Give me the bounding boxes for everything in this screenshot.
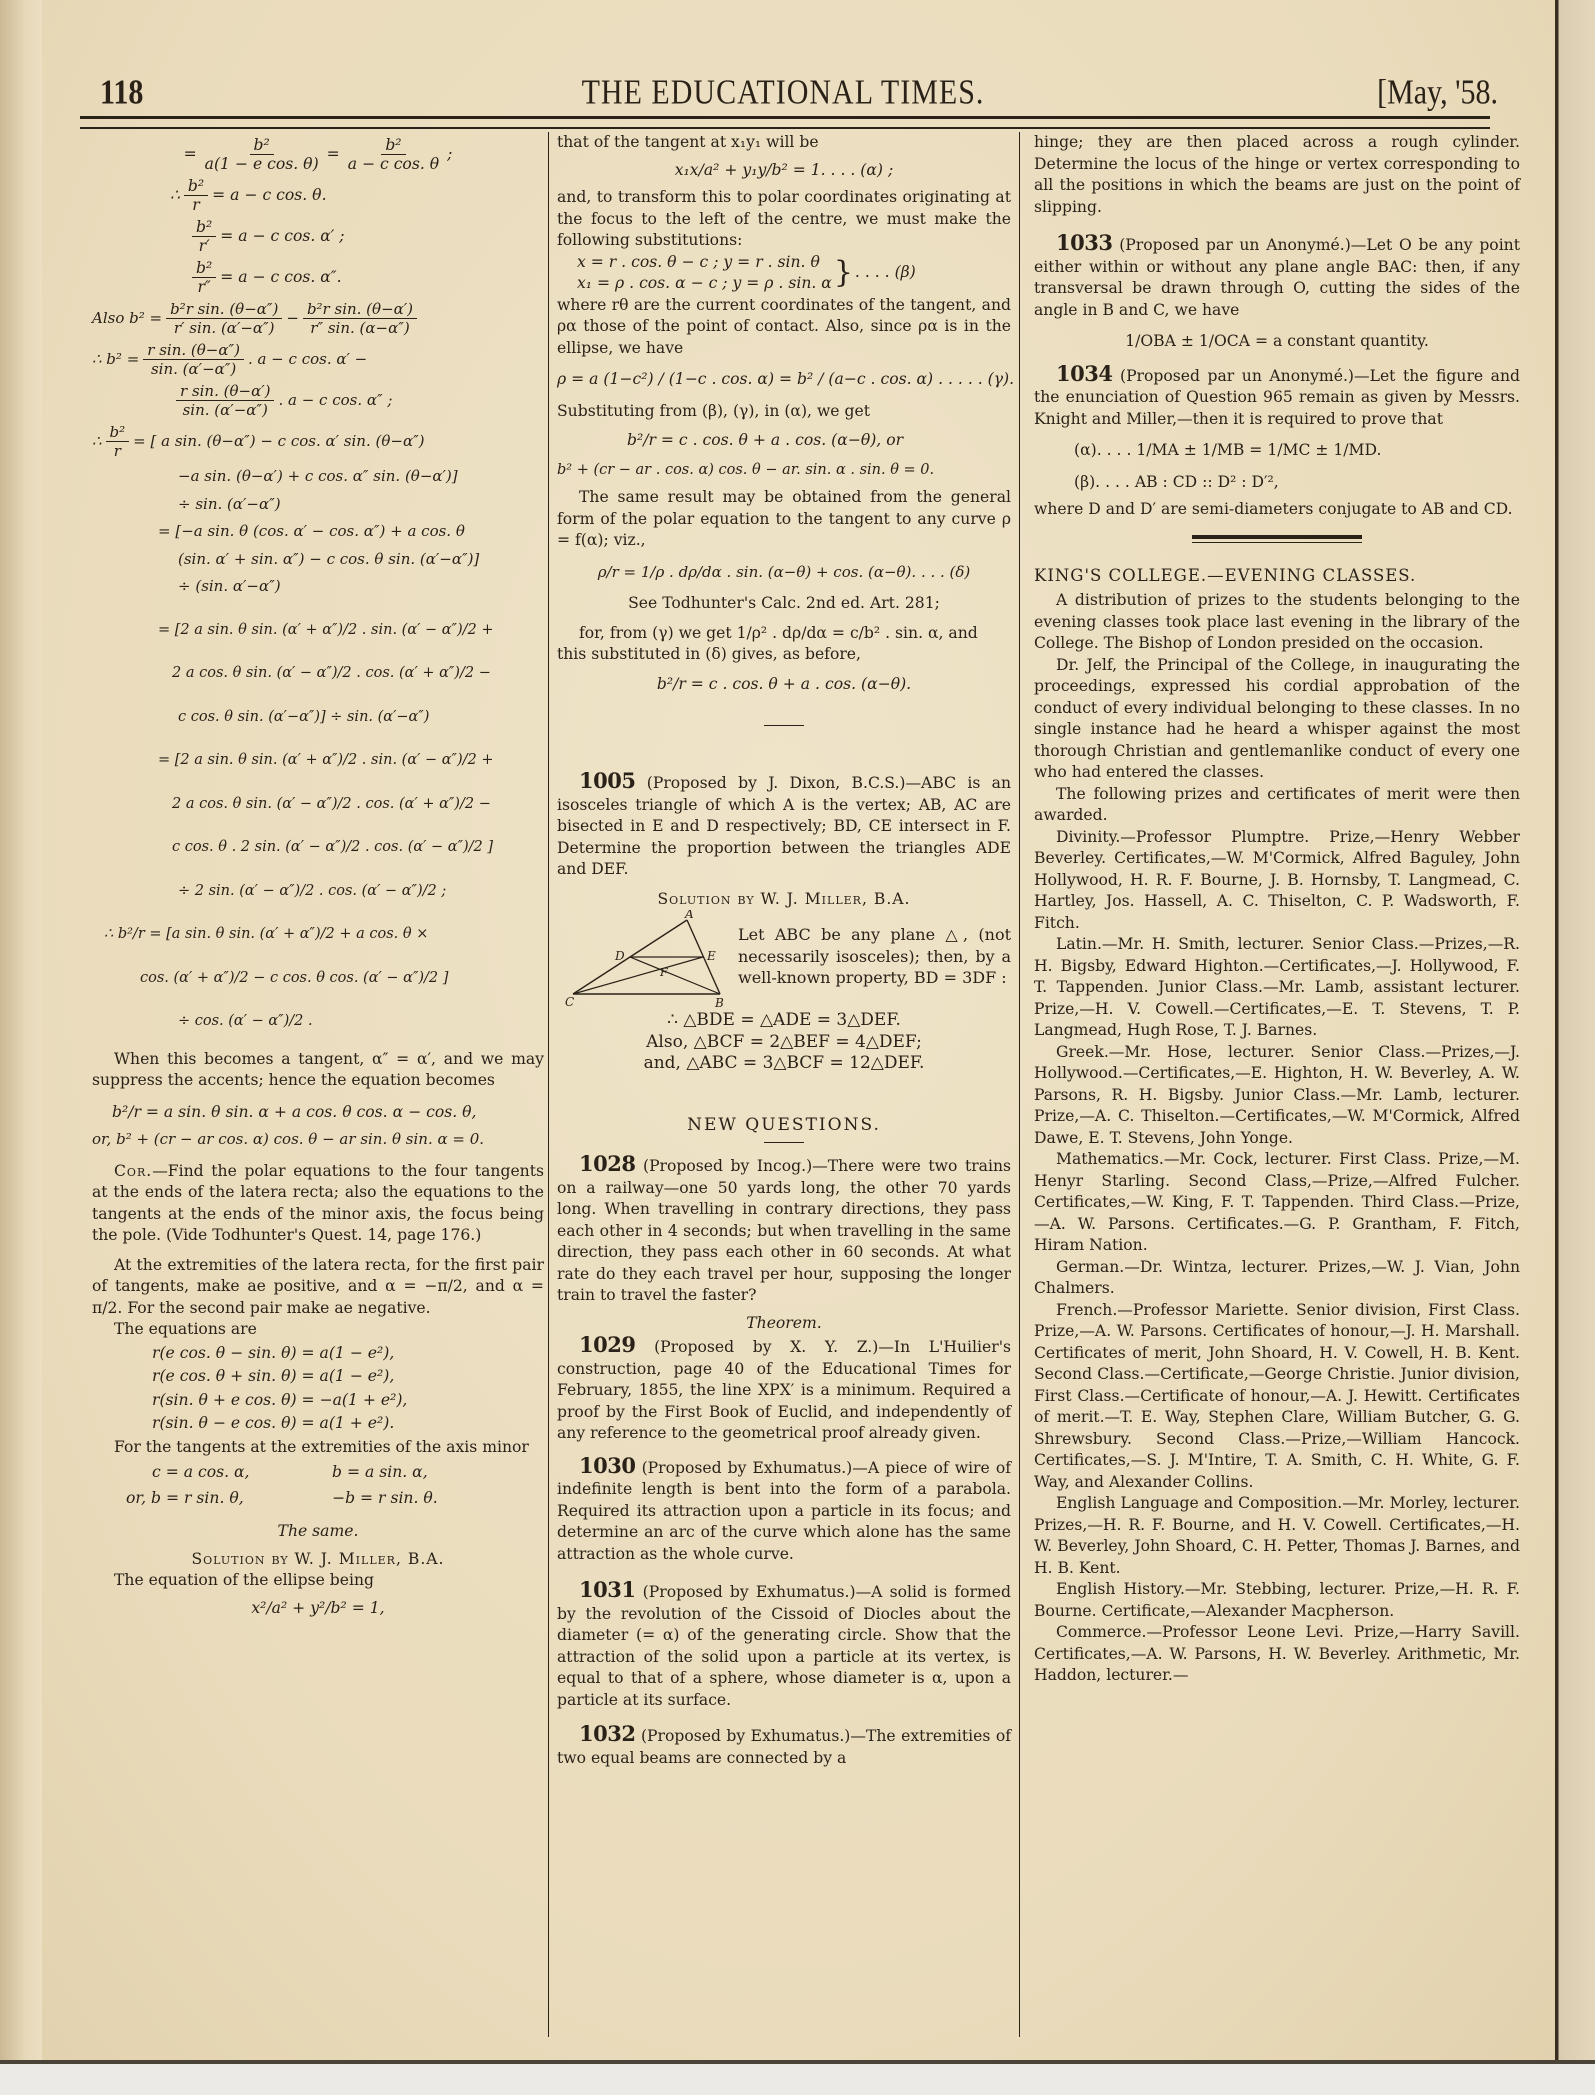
equation-rhs: = a − c cos. α′ ; [220, 226, 344, 248]
therefore-symbol: ∴ [170, 185, 180, 207]
equation: ρ = a (1−c²) / (1−c . cos. α) = b² / (a−… [557, 369, 1011, 391]
equation: x²/a² + y²/b² = 1, [92, 1598, 544, 1620]
svg-text:C: C [565, 995, 574, 1009]
denominator: r [188, 196, 203, 214]
equation-rhs: = a − c cos. α″. [220, 267, 341, 289]
equation: x₁x/a² + y₁y/b² = 1. . . . (α) ; [557, 160, 1011, 182]
question-1028: 1028 (Proposed by Incog.)—There were two… [557, 1153, 1011, 1307]
equation-line: c cos. θ sin. (α′−α″)] ÷ sin. (α′−α″) [92, 707, 544, 729]
paragraph: Substituting from (β), (γ), in (α), we g… [557, 401, 1011, 423]
solution-text: Let ABC be any plane △, (not necessarily… [738, 910, 1011, 989]
equation-line: = [2 a sin. θ sin. (α′ + α″)/2 . sin. (α… [92, 620, 544, 642]
publication-title: THE EDUCATIONAL TIMES. [78, 73, 1488, 112]
equation-label: . . . . (β) [855, 262, 916, 284]
equation: 1/OBA ± 1/OCA = a constant quantity. [1034, 331, 1520, 353]
equation: (α). . . . 1/MA ± 1/MB = 1/MC ± 1/MD. [1034, 440, 1520, 462]
equation-line: = [2 a sin. θ sin. (α′ + α″)/2 . sin. (α… [92, 750, 544, 772]
article-paragraph: French.—Professor Mariette. Senior divis… [1034, 1300, 1520, 1494]
section-divider [764, 1142, 804, 1143]
equation: = b²a(1 − e cos. θ) = b²a − c cos. θ ; [92, 136, 544, 173]
paragraph: For the tangents at the extremities of t… [92, 1437, 544, 1459]
equation: ρ/r = 1/ρ . dρ/dα . sin. (α−θ) + cos. (α… [557, 562, 1011, 584]
paragraph: where rθ are the current coordinates of … [557, 295, 1011, 360]
equation-row: or, b = r sin. θ, −b = r sin. θ. [92, 1488, 544, 1510]
article-paragraph: A distribution of prizes to the students… [1034, 590, 1520, 655]
equation-line: cos. (α′ + α″)/2 − c cos. θ cos. (α′ − α… [92, 968, 544, 990]
therefore-symbol: ∴ [92, 431, 102, 453]
question-1030: 1030 (Proposed by Exhumatus.)—A piece of… [557, 1455, 1011, 1566]
equation: x₁ = ρ . cos. α − c ; y = ρ . sin. α [577, 273, 832, 295]
issue-date: [May, '58. [1377, 73, 1498, 112]
solution-line: ∴ △BDE = △ADE = 3△DEF. [557, 1010, 1011, 1032]
equation: r(e cos. θ − sin. θ) = a(1 − e²), [92, 1343, 544, 1365]
question-number: 1033 [1056, 230, 1112, 255]
equation-line: (sin. α′ + sin. α″) − c cos. θ sin. (α′−… [92, 549, 544, 571]
numerator: r sin. (θ−α′) [176, 382, 274, 401]
article-paragraph: Mathematics.—Mr. Cock, lecturer. First C… [1034, 1149, 1520, 1257]
paragraph: When this becomes a tangent, α″ = α′, an… [92, 1049, 544, 1092]
section-subtitle: The same. [92, 1521, 544, 1543]
svg-text:B: B [714, 996, 724, 1010]
question-1029: 1029 (Proposed by X. Y. Z.)—In L'Huilier… [557, 1334, 1011, 1445]
equation-line: ÷ (sin. α′−α″) [92, 576, 544, 598]
question-1031: 1031 (Proposed by Exhumatus.)—A solid is… [557, 1579, 1011, 1711]
theorem-heading: Theorem. [557, 1313, 1011, 1335]
denominator: r′ sin. (α′−α″) [170, 319, 279, 337]
equation: ∴ b²r = a − c cos. θ. [92, 177, 544, 214]
numerator: b²r sin. (θ−α′) [303, 300, 417, 319]
equation: b²r″ = a − c cos. α″. [92, 259, 544, 296]
equation: ∴ b² = r sin. (θ−α″)sin. (α′−α″) . a − c… [92, 341, 544, 378]
column-left: = b²a(1 − e cos. θ) = b²a − c cos. θ ; ∴… [92, 132, 544, 1625]
svg-text:E: E [706, 949, 716, 963]
equation-line: −a sin. (θ−α′) + c cos. α″ sin. (θ−α′)] [92, 466, 544, 488]
question-text: (Proposed by Incog.)—There were two trai… [557, 1157, 1011, 1304]
triangle-figure-block: A D E F C B Let ABC be any plane △, (not… [557, 910, 1011, 1010]
corollary-paragraph: Cor.—Find the polar equations to the fou… [92, 1161, 544, 1247]
equation-row: c = a cos. α, b = a sin. α, [92, 1462, 544, 1484]
numerator: b²r sin. (θ−α″) [166, 300, 282, 319]
equation: r(sin. θ + e cos. θ) = −a(1 + e²), [92, 1390, 544, 1412]
page-header: 118 THE EDUCATIONAL TIMES. [May, '58. [78, 70, 1488, 110]
denominator: r″ [193, 278, 214, 296]
question-1032-continued: hinge; they are then placed across a rou… [1034, 132, 1520, 218]
question-1005: 1005 (Proposed by J. Dixon, B.C.S.)—ABC … [557, 770, 1011, 881]
numerator: r sin. (θ−α″) [143, 341, 244, 360]
numerator: b² [106, 423, 130, 442]
question-number: 1034 [1056, 361, 1112, 386]
operator: − [286, 308, 299, 330]
denominator: a(1 − e cos. θ) [201, 155, 323, 173]
equation: r sin. (θ−α′)sin. (α′−α″) . a − c cos. α… [92, 382, 544, 419]
section-divider-double [1192, 535, 1362, 543]
equation: b²/r = c . cos. θ + a . cos. (α−θ). [557, 674, 1011, 696]
denominator: r′ [195, 237, 214, 255]
paragraph: The equations are [92, 1319, 544, 1341]
question-number: 1028 [579, 1151, 635, 1176]
svg-text:A: A [684, 910, 694, 921]
paragraph: this substituted in (δ) gives, as before… [557, 644, 1011, 666]
numerator: b² [184, 177, 208, 196]
equation-line: ÷ 2 sin. (α′ − α″)/2 . cos. (α′ − α″)/2 … [92, 881, 544, 903]
equation: ∴ b²r = [ a sin. (θ−α″) − c cos. α′ sin.… [92, 423, 544, 460]
solution-byline: Solution by W. J. Miller, B.A. [557, 889, 1011, 911]
equation: (β). . . . AB : CD :: D² : D′², [1034, 472, 1520, 494]
equation-line: 2 a cos. θ sin. (α′ − α″)/2 . cos. (α′ +… [92, 663, 544, 685]
article-paragraph: English History.—Mr. Stebbing, lecturer.… [1034, 1579, 1520, 1622]
equation: r(e cos. θ + sin. θ) = a(1 − e²), [92, 1366, 544, 1388]
denominator: sin. (α′−α″) [147, 360, 240, 378]
question-1033: 1033 (Proposed par un Anonymé.)—Let O be… [1034, 232, 1520, 321]
article-heading: KING'S COLLEGE.—EVENING CLASSES. [1034, 565, 1520, 587]
question-number: 1029 [579, 1332, 635, 1357]
numerator: b² [381, 136, 405, 155]
header-double-rule [80, 116, 1490, 129]
equation: b²r′ = a − c cos. α′ ; [92, 218, 544, 255]
equation-lhs: ∴ b² = [92, 349, 139, 371]
paragraph: and, to transform this to polar coordina… [557, 187, 1011, 252]
column-middle: that of the tangent at x₁y₁ will be x₁x/… [548, 132, 1020, 2037]
question-number: 1030 [579, 1453, 635, 1478]
equation-line: = [ a sin. (θ−α″) − c cos. α′ sin. (θ−α″… [133, 431, 424, 453]
question-number: 1032 [579, 1721, 635, 1746]
equation-rhs: . a − c cos. α′ − [248, 349, 367, 371]
section-divider [764, 725, 804, 726]
equation: x = r . cos. θ − c ; y = r . sin. θ [577, 252, 832, 274]
equation: −b = r sin. θ. [332, 1488, 438, 1510]
equation-line: 2 a cos. θ sin. (α′ − α″)/2 . cos. (α′ +… [92, 794, 544, 816]
equation-line: ÷ cos. (α′ − α″)/2 . [92, 1011, 544, 1033]
solution-line: Also, △BCF = 2△BEF = 4△DEF; [557, 1032, 1011, 1054]
book-spine-shadow [0, 0, 42, 2060]
column-right: hinge; they are then placed across a rou… [1028, 132, 1520, 1687]
denominator: sin. (α′−α″) [179, 401, 272, 419]
equation: Also b² = b²r sin. (θ−α″)r′ sin. (α′−α″)… [92, 300, 544, 337]
equation: b²/r = c . cos. θ + a . cos. (α−θ), or [557, 430, 1011, 452]
denominator: r [110, 442, 125, 460]
question-1034: 1034 (Proposed par un Anonymé.)—Let the … [1034, 363, 1520, 431]
question-1032: 1032 (Proposed by Exhumatus.)—The extrem… [557, 1723, 1011, 1769]
article-paragraph: Dr. Jelf, the Principal of the College, … [1034, 655, 1520, 784]
section-heading-new-questions: NEW QUESTIONS. [557, 1115, 1011, 1137]
triangle-diagram: A D E F C B [557, 910, 732, 1010]
solution-line: and, △ABC = 3△BCF = 12△DEF. [557, 1053, 1011, 1075]
paragraph: The equation of the ellipse being [92, 1570, 544, 1592]
svg-text:D: D [614, 949, 625, 963]
equation: c = a cos. α, [152, 1462, 332, 1484]
article-paragraph: Divinity.—Professor Plumptre. Prize,—Hen… [1034, 827, 1520, 935]
denominator: r″ sin. (α−α″) [306, 319, 413, 337]
equation-line: ÷ sin. (α′−α″) [92, 494, 544, 516]
equation-rhs: . a − c cos. α″ ; [278, 390, 392, 412]
equation-rhs: = a − c cos. θ. [212, 185, 326, 207]
denominator: a − c cos. θ [344, 155, 443, 173]
equation: or, b² + (cr − ar cos. α) cos. θ − ar si… [92, 1129, 544, 1151]
article-paragraph: Latin.—Mr. H. Smith, lecturer. Senior Cl… [1034, 934, 1520, 1042]
equation: r(sin. θ − e cos. θ) = a(1 + e²). [92, 1413, 544, 1435]
equation: or, b = r sin. θ, [126, 1488, 332, 1510]
scan-bottom-margin [0, 2060, 1595, 2095]
corollary-label: Cor. [114, 1162, 152, 1180]
article-paragraph: German.—Dr. Wintza, lecturer. Prizes,—W.… [1034, 1257, 1520, 1300]
paragraph: that of the tangent at x₁y₁ will be [557, 132, 1011, 154]
equation-line: ∴ b²/r = [a sin. θ sin. (α′ + α″)/2 + a … [92, 924, 544, 946]
question-number: 1031 [579, 1577, 635, 1602]
svg-text:F: F [659, 966, 668, 979]
solution-byline: Solution by W. J. Miller, B.A. [92, 1549, 544, 1571]
question-number: 1005 [579, 768, 635, 793]
equation: b² + (cr − ar . cos. α) cos. θ − ar. sin… [557, 460, 1011, 482]
article-paragraph: English Language and Composition.—Mr. Mo… [1034, 1493, 1520, 1579]
substitutions: x = r . cos. θ − c ; y = r . sin. θ x₁ =… [557, 252, 1011, 295]
article-paragraph: The following prizes and certificates of… [1034, 784, 1520, 827]
numerator: b² [192, 218, 216, 237]
equation-line: = [−a sin. θ (cos. α′ − cos. α″) + a cos… [92, 521, 544, 543]
corollary-text: —Find the polar equations to the four ta… [92, 1162, 544, 1245]
numerator: b² [250, 136, 274, 155]
article-paragraph: Greek.—Mr. Hose, lecturer. Senior Class.… [1034, 1042, 1520, 1150]
paragraph: At the extremities of the latera recta, … [92, 1255, 544, 1320]
paragraph: The same result may be obtained from the… [557, 487, 1011, 552]
numerator: b² [192, 259, 216, 278]
paragraph: See Todhunter's Calc. 2nd ed. Art. 281; [557, 593, 1011, 615]
paragraph: for, from (γ) we get 1/ρ² . dρ/dα = c/b²… [557, 623, 1011, 645]
equation-lhs: Also b² = [92, 308, 162, 330]
equation-line: c cos. θ . 2 sin. (α′ − α″)/2 . cos. (α′… [92, 837, 544, 859]
equation: b = a sin. α, [332, 1462, 428, 1484]
article-paragraph: Commerce.—Professor Leone Levi. Prize,—H… [1034, 1622, 1520, 1687]
page-edge [1555, 0, 1595, 2060]
equation: b²/r = a sin. θ sin. α + a cos. θ cos. α… [92, 1102, 544, 1124]
paragraph: where D and D′ are semi-diameters conjug… [1034, 499, 1520, 521]
